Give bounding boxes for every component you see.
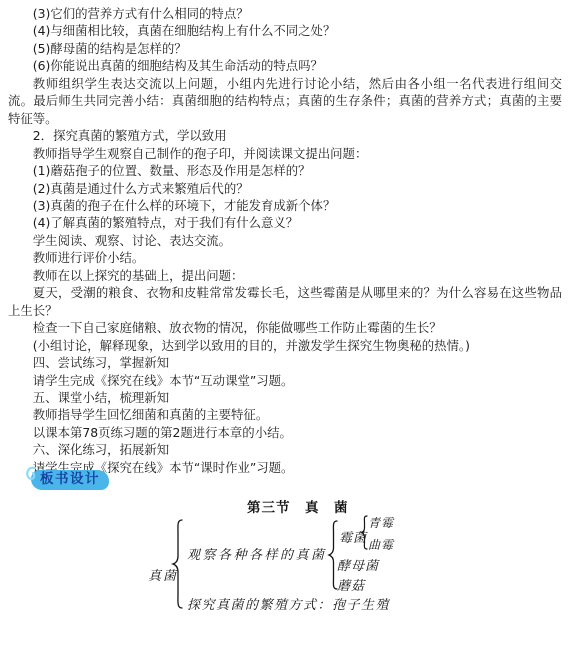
paragraph: 学生阅读、观察、讨论、表达交流。 [8,232,562,249]
paragraph: 2．探究真菌的繁殖方式，学以致用 [8,127,562,144]
paragraph: 检查一下自己家庭储粮、放衣物的情况，你能做哪些工作防止霉菌的生长？ [8,319,562,336]
section-heading: 四、尝试练习，掌握新知 [8,354,562,371]
diagram-mold-aspergillus: 曲霉 [368,536,394,553]
paragraph: 教师在以上探究的基础上，提出问题： [8,267,562,284]
diagram-branch-reproduction: 探究真菌的繁殖方式：孢子生殖 [187,594,390,613]
paragraph: (4)了解真菌的繁殖特点，对于我们有什么意义？ [8,214,562,231]
lesson-plan-text: (3)它们的营养方式有什么相同的特点？ (4)与细菌相比较，真菌在细胞结构上有什… [8,5,562,476]
paragraph: 请学生完成《探究在线》本节“互动课堂”习题。 [8,372,562,389]
paragraph: 教师组织学生表达交流以上问题，小组内先进行讨论小结，然后由各小组一名代表进行组间… [8,75,562,127]
paragraph: (4)与细菌相比较，真菌在细胞结构上有什么不同之处？ [8,22,562,39]
swoosh-icon [23,465,38,489]
paragraph: 教师进行评价小结。 [8,249,562,266]
diagram-child-mushroom: 蘑菇 [337,575,365,594]
paragraph: (2)真菌是通过什么方式来繁殖后代的？ [8,180,562,197]
curly-brace-mold [360,515,368,550]
curly-brace-root [172,519,184,609]
diagram-child-yeast: 酵母菌 [337,555,379,574]
paragraph: 教师指导学生回忆细菌和真菌的主要特征。 [8,406,562,423]
paragraph: (3)它们的营养方式有什么相同的特点？ [8,5,562,22]
paragraph: 以课本第78页练习题的第2题进行本章的小结。 [8,424,562,441]
paragraph: 教师指导学生观察自己制作的孢子印，并阅读课文提出问题： [8,145,562,162]
section-heading: 五、课堂小结，梳理新知 [8,389,562,406]
paragraph: (6)你能说出真菌的细胞结构及其生命活动的特点吗？ [8,57,562,74]
paragraph: (3)真菌的孢子在什么样的环境下，才能发育成新个体？ [8,197,562,214]
diagram-title: 第三节 真 菌 [247,496,349,516]
document-page: (3)它们的营养方式有什么相同的特点？ (4)与细菌相比较，真菌在细胞结构上有什… [0,0,570,670]
section-heading: 六、深化练习，拓展新知 [8,441,562,458]
paragraph: 夏天，受潮的粮食、衣物和皮鞋常常发霉长毛，这些霉菌是从哪里来的？为什么容易在这些… [8,284,562,319]
board-design-badge: 板书设计 [31,470,109,490]
diagram-branch-observe: 观察各种各样的真菌 [187,544,327,563]
paragraph: (1)蘑菇孢子的位置、数量、形态及作用是怎样的？ [8,162,562,179]
diagram-mold-penicillium: 青霉 [368,514,394,531]
paragraph: (小组讨论，解释现象，达到学以致用的目的，并激发学生探究生物奥秘的热情。) [8,337,562,354]
board-design-badge-label: 板书设计 [40,471,100,487]
paragraph: (5)酵母菌的结构是怎样的？ [8,40,562,57]
